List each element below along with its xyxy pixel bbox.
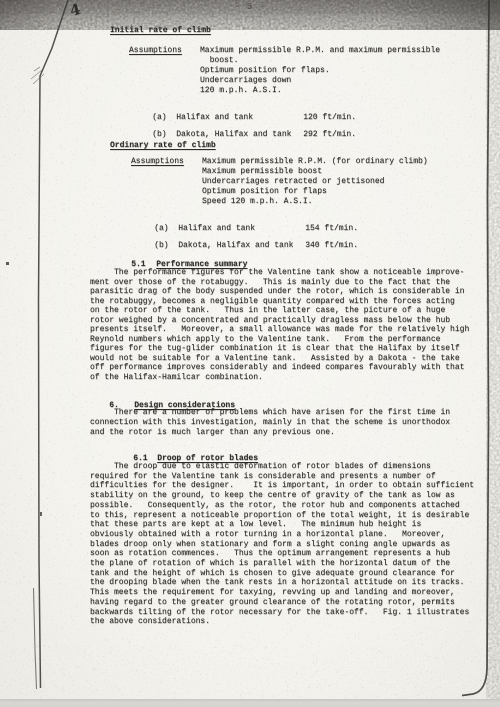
ink-speck: [6, 262, 9, 265]
result-value: 292 ft/min.: [303, 130, 356, 139]
paragraph-droop-of-rotor-blades: The droop due to elastic deformation of …: [90, 462, 474, 627]
assumptions-list-initial: Maximum permissible R.P.M. and maximum p…: [200, 46, 440, 96]
result-index: (b): [154, 241, 178, 251]
heading-ordinary-rate-of-climb: Ordinary rate of climb: [110, 141, 216, 151]
assumptions-label-ordinary: Assumptions: [131, 157, 184, 167]
paragraph-design-considerations: There are a number of problems which hav…: [90, 408, 450, 437]
ink-speck: [40, 512, 42, 516]
result-label: Dakota, Halifax and tank: [178, 241, 305, 251]
assumptions-label-initial: Assumptions: [129, 46, 182, 56]
scan-bottom-band: [0, 699, 500, 707]
result-index: (b): [152, 130, 176, 140]
result-label: Dakota, Halifax and tank: [176, 130, 303, 140]
paragraph-performance-summary: The performance figures for the Valentin…: [90, 268, 469, 382]
scanned-document-page: - 5 - 4 Initial rate of climb Assumption…: [0, 0, 500, 707]
assumptions-list-ordinary: Maximum permissible R.P.M. (for ordinary…: [202, 157, 428, 207]
page-number: - 5 -: [234, 2, 266, 12]
result-value: 340 ft/min.: [305, 241, 358, 250]
heading-initial-rate-of-climb: Initial rate of climb: [110, 26, 211, 36]
